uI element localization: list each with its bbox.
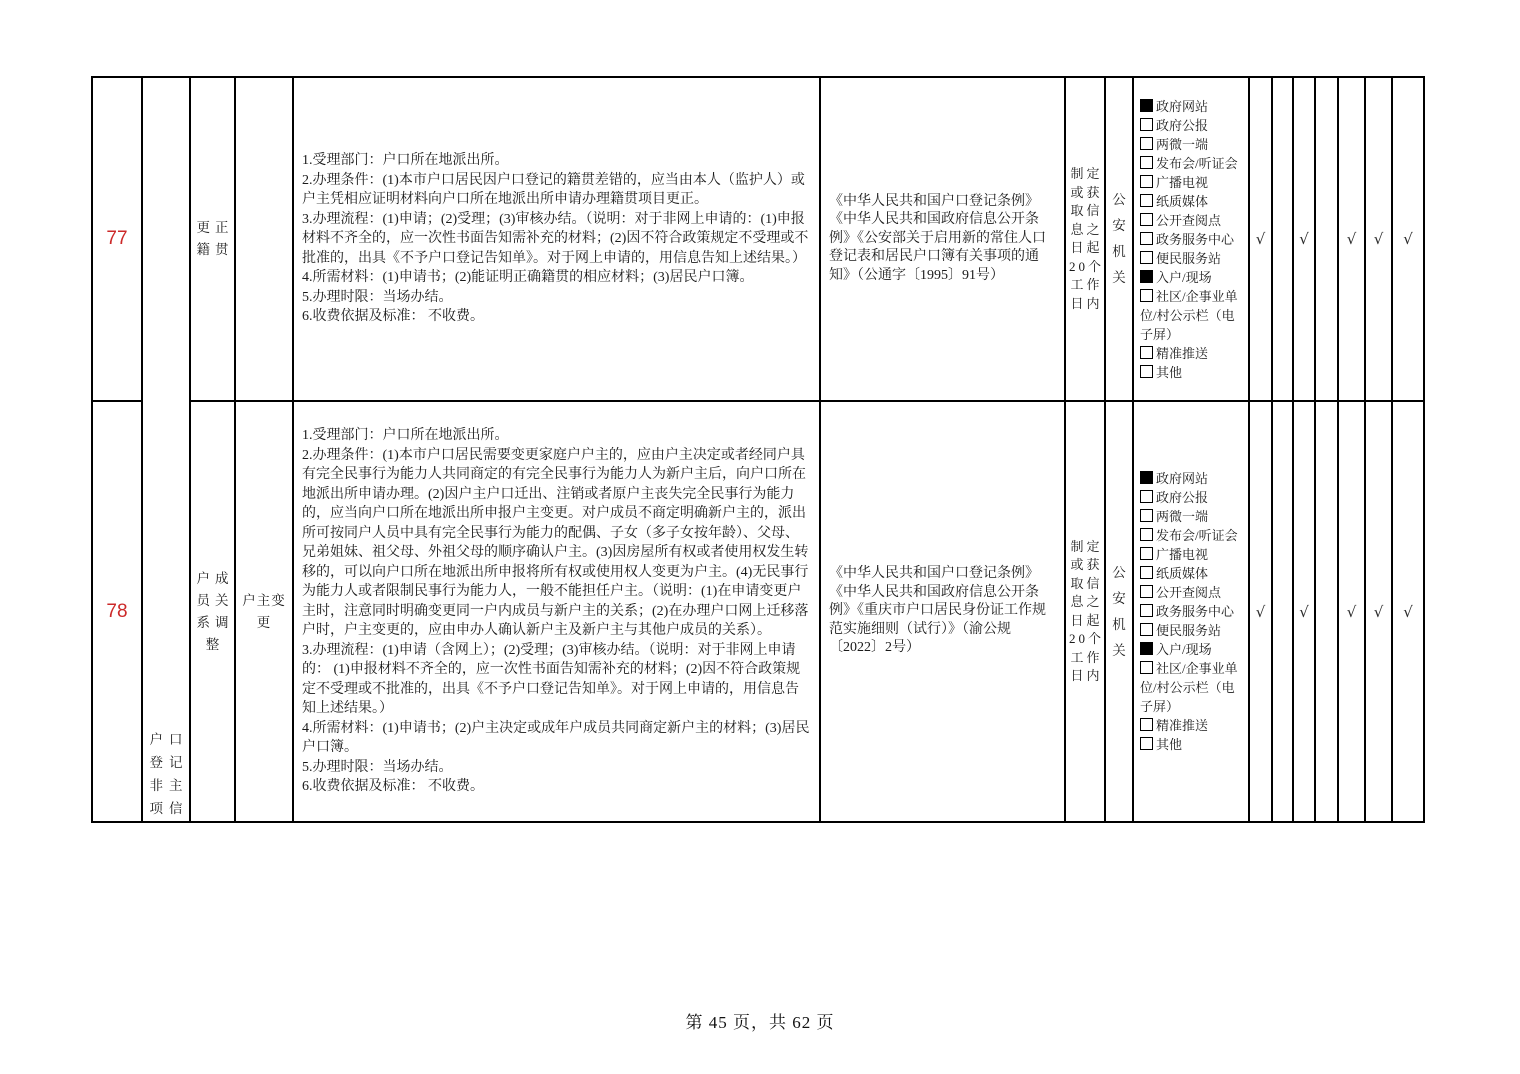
category-label: 户口 登记 非主 项信 [150,728,189,821]
category-cell: 户口 登记 非主 项信 [143,78,189,821]
agency-label: 公安机关 [1112,560,1126,664]
channel-label: 公开查阅点 [1156,585,1221,600]
channel-label: 政务服务中心 [1156,604,1234,619]
channel-item: 精准推送 [1140,344,1243,363]
legal-basis-cell: 《中华人民共和国户口登记条例》《中华人民共和国政府信息公开条例》《公安部关于启用… [821,78,1064,400]
check-cell: √ [1294,402,1314,821]
unchecked-checkbox-icon [1140,251,1153,264]
check-cell: √ [1393,402,1423,821]
unchecked-checkbox-icon [1140,118,1153,131]
check-cell [1273,78,1292,400]
channel-item: 其他 [1140,735,1243,754]
check-cell: √ [1250,402,1271,821]
sub-item-label: 更正 籍贯 [197,217,234,261]
sub-item-label: 户成 员关 系调 整 [197,568,234,656]
channel-item: 纸质媒体 [1140,192,1243,211]
checked-checkbox-icon [1140,99,1153,112]
unchecked-checkbox-icon [1140,566,1153,579]
checked-checkbox-icon [1140,642,1153,655]
unchecked-checkbox-icon [1140,623,1153,636]
channel-item: 便民服务站 [1140,621,1243,640]
unchecked-checkbox-icon [1140,289,1153,302]
channel-label: 纸质媒体 [1156,194,1208,209]
check-cell: √ [1339,402,1364,821]
channel-item: 便民服务站 [1140,249,1243,268]
unchecked-checkbox-icon [1140,547,1153,560]
content-cell: 1.受理部门：户口所在地派出所。 2.办理条件：(1)本市户口居民需要变更家庭户… [294,402,819,821]
channel-label: 便民服务站 [1156,623,1221,638]
channel-label: 便民服务站 [1156,251,1221,266]
unchecked-checkbox-icon [1140,737,1153,750]
unchecked-checkbox-icon [1140,490,1153,503]
channel-label: 政府网站 [1156,471,1208,486]
unchecked-checkbox-icon [1140,509,1153,522]
channel-label: 广播电视 [1156,175,1208,190]
row-number: 77 [93,78,141,400]
channel-label: 精准推送 [1156,718,1208,733]
channel-item: 政府网站 [1140,469,1243,488]
channel-item: 政务服务中心 [1140,602,1243,621]
deadline-cell: 制定 或获 取信 息之 日起 20个 工作 日内 [1066,78,1104,400]
channel-label: 入户/现场 [1156,270,1212,285]
channel-label: 政府网站 [1156,99,1208,114]
unchecked-checkbox-icon [1140,604,1153,617]
check-cell: √ [1339,78,1364,400]
channel-label: 其他 [1156,737,1182,752]
deadline-text: 制定 或获 取信 息之 日起 20个 工作 日内 [1069,538,1104,686]
channel-label: 两微一端 [1156,137,1208,152]
check-cell: √ [1250,78,1271,400]
channel-item: 政府公报 [1140,488,1243,507]
sub-item-cell: 更正 籍贯 [191,78,234,400]
check-cell: √ [1393,78,1423,400]
unchecked-checkbox-icon [1140,175,1153,188]
unchecked-checkbox-icon [1140,718,1153,731]
check-cell: √ [1366,78,1391,400]
channel-label: 发布会/听证会 [1156,528,1238,543]
channel-label: 纸质媒体 [1156,566,1208,581]
sub-sub-item-cell [236,78,292,400]
checked-checkbox-icon [1140,471,1153,484]
unchecked-checkbox-icon [1140,213,1153,226]
channel-item: 入户/现场 [1140,268,1243,287]
channel-item: 政务服务中心 [1140,230,1243,249]
content-text: 1.受理部门：户口所在地派出所。 2.办理条件：(1)本市户口居民需要变更家庭户… [294,422,819,801]
channel-label: 社区/企事业单位/村公示栏（电子屏） [1140,289,1238,342]
sub-sub-item-label: 户主变 更 [242,590,286,634]
sub-item-cell: 户成 员关 系调 整 [191,402,234,821]
channel-item: 纸质媒体 [1140,564,1243,583]
check-cell [1316,78,1337,400]
channel-item: 发布会/听证会 [1140,154,1243,173]
unchecked-checkbox-icon [1140,194,1153,207]
service-items-table: 77 户口 登记 非主 项信 更正 籍贯 1.受理部门：户口所在地派出所。 2.… [91,76,1425,823]
channel-label: 发布会/听证会 [1156,156,1238,171]
deadline-cell: 制定 或获 取信 息之 日起 20个 工作 日内 [1066,402,1104,821]
channel-item: 两微一端 [1140,507,1243,526]
check-cell [1273,402,1292,821]
unchecked-checkbox-icon [1140,528,1153,541]
channel-item: 入户/现场 [1140,640,1243,659]
channel-item: 社区/企事业单位/村公示栏（电子屏） [1140,287,1243,344]
channel-label: 广播电视 [1156,547,1208,562]
legal-basis-text: 《中华人民共和国户口登记条例》《中华人民共和国政府信息公开条例》《重庆市户口居民… [821,563,1064,660]
channel-item: 政府公报 [1140,116,1243,135]
checked-checkbox-icon [1140,270,1153,283]
legal-basis-text: 《中华人民共和国户口登记条例》《中华人民共和国政府信息公开条例》《公安部关于启用… [821,191,1064,288]
unchecked-checkbox-icon [1140,346,1153,359]
content-cell: 1.受理部门：户口所在地派出所。 2.办理条件：(1)本市户口居民因户口登记的籍… [294,78,819,400]
channel-item: 精准推送 [1140,716,1243,735]
channel-item: 政府网站 [1140,97,1243,116]
agency-label: 公安机关 [1112,187,1126,291]
channels-list: 政府网站政府公报两微一端发布会/听证会广播电视纸质媒体公开查阅点政务服务中心便民… [1134,402,1248,821]
channel-item: 两微一端 [1140,135,1243,154]
unchecked-checkbox-icon [1140,661,1153,674]
channel-label: 其他 [1156,365,1182,380]
content-text: 1.受理部门：户口所在地派出所。 2.办理条件：(1)本市户口居民因户口登记的籍… [294,147,819,331]
channel-item: 其他 [1140,363,1243,382]
deadline-text: 制定 或获 取信 息之 日起 20个 工作 日内 [1069,165,1104,313]
channel-item: 广播电视 [1140,173,1243,192]
legal-basis-cell: 《中华人民共和国户口登记条例》《中华人民共和国政府信息公开条例》《重庆市户口居民… [821,402,1064,821]
channel-item: 发布会/听证会 [1140,526,1243,545]
channel-label: 社区/企事业单位/村公示栏（电子屏） [1140,661,1238,714]
channel-label: 政府公报 [1156,118,1208,133]
channel-label: 公开查阅点 [1156,213,1221,228]
channels-list: 政府网站政府公报两微一端发布会/听证会广播电视纸质媒体公开查阅点政务服务中心便民… [1134,78,1248,400]
channel-item: 社区/企事业单位/村公示栏（电子屏） [1140,659,1243,716]
channel-label: 精准推送 [1156,346,1208,361]
channel-label: 政府公报 [1156,490,1208,505]
check-cell [1316,402,1337,821]
agency-cell: 公安机关 [1106,78,1132,400]
channel-label: 政务服务中心 [1156,232,1234,247]
check-cell: √ [1294,78,1314,400]
channel-label: 两微一端 [1156,509,1208,524]
page-footer: 第 45 页，共 62 页 [0,1008,1520,1033]
channel-item: 广播电视 [1140,545,1243,564]
unchecked-checkbox-icon [1140,365,1153,378]
unchecked-checkbox-icon [1140,232,1153,245]
row-number: 78 [93,402,141,821]
unchecked-checkbox-icon [1140,156,1153,169]
sub-sub-item-cell: 户主变 更 [236,402,292,821]
channel-label: 入户/现场 [1156,642,1212,657]
unchecked-checkbox-icon [1140,585,1153,598]
channel-item: 公开查阅点 [1140,583,1243,602]
check-cell: √ [1366,402,1391,821]
channel-item: 公开查阅点 [1140,211,1243,230]
unchecked-checkbox-icon [1140,137,1153,150]
agency-cell: 公安机关 [1106,402,1132,821]
